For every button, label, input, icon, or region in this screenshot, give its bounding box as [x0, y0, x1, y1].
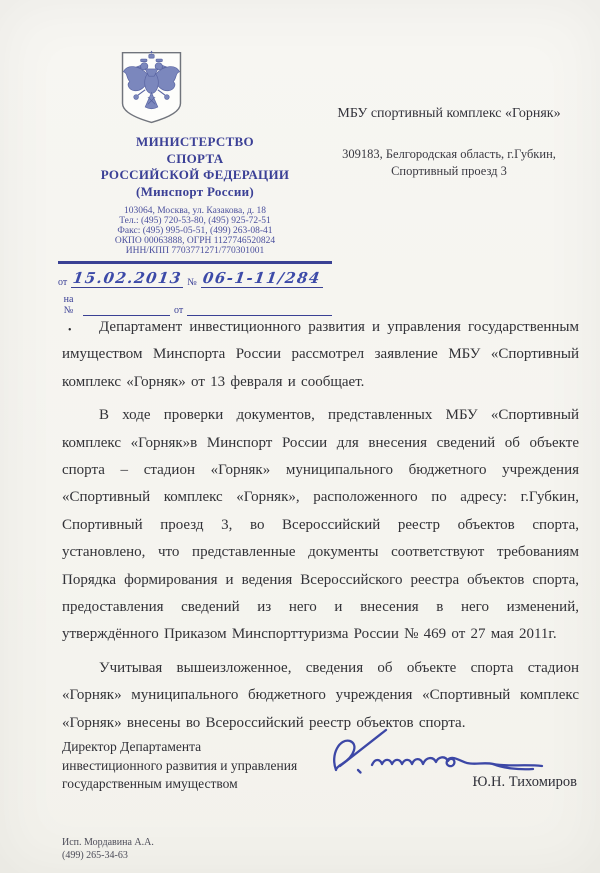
- number-field: 06-1-11/284: [201, 269, 323, 288]
- outgoing-date-row: от 15.02.2013 № 06-1-11/284: [58, 269, 332, 288]
- executor-footer: Исп. Мордавина А.А. (499) 265-34-63: [62, 836, 154, 862]
- contact-address: 103064, Москва, ул. Казакова, д. 18: [58, 206, 332, 216]
- recipient-block: МБУ спортивный комплекс «Горняк» 309183,…: [303, 106, 595, 180]
- contact-phone: Тел.: (495) 720-53-80, (495) 925-72-51: [58, 216, 332, 226]
- recipient-address-line-2: Спортивный проезд 3: [303, 163, 595, 180]
- ministry-line-2: СПОРТА: [58, 151, 332, 168]
- ministry-line-1: МИНИСТЕРСТВО: [58, 134, 332, 151]
- reference-row: на № от: [58, 294, 332, 316]
- letterhead: МИНИСТЕРСТВО СПОРТА РОССИЙСКОЙ ФЕДЕРАЦИИ…: [58, 46, 332, 336]
- body-paragraph-2: В ходе проверки документов, представленн…: [62, 402, 579, 649]
- recipient-address: 309183, Белгородская область, г.Губкин, …: [303, 146, 595, 180]
- contact-okpo-ogrn: ОКПО 00063888, ОГРН 1127746520824: [58, 236, 332, 246]
- signature-block: Директор Департамента инвестиционного ра…: [62, 738, 579, 818]
- russian-coat-of-arms-icon: [118, 46, 185, 130]
- ref-no-label: на №: [58, 294, 79, 316]
- scanned-letter-page: МИНИСТЕРСТВО СПОРТА РОССИЙСКОЙ ФЕДЕРАЦИИ…: [0, 0, 600, 873]
- handwritten-number: 06-1-11/284: [202, 269, 322, 287]
- letter-body: Департамент инвестиционного развития и у…: [62, 314, 579, 743]
- ministry-line-3: РОССИЙСКОЙ ФЕДЕРАЦИИ: [58, 167, 332, 184]
- contact-fax: Факс: (495) 995-05-51, (499) 263-08-41: [58, 226, 332, 236]
- date-field: 15.02.2013: [71, 269, 183, 288]
- letterhead-divider: [58, 261, 332, 264]
- date-label: от: [58, 277, 67, 288]
- ministry-contacts: 103064, Москва, ул. Казакова, д. 18 Тел.…: [58, 206, 332, 256]
- contact-inn-kpp: ИНН/КПП 7703771271/770301001: [58, 246, 332, 256]
- ministry-line-4: (Минспорт России): [58, 184, 332, 201]
- ministry-name: МИНИСТЕРСТВО СПОРТА РОССИЙСКОЙ ФЕДЕРАЦИИ…: [58, 134, 332, 200]
- recipient-name: МБУ спортивный комплекс «Горняк»: [303, 106, 595, 122]
- recipient-address-line-1: 309183, Белгородская область, г.Губкин,: [303, 146, 595, 163]
- executor-phone: (499) 265-34-63: [62, 849, 154, 862]
- executor-name: Исп. Мордавина А.А.: [62, 836, 154, 849]
- signer-name: Ю.Н. Тихомиров: [473, 774, 577, 791]
- body-paragraph-1: Департамент инвестиционного развития и у…: [62, 314, 579, 396]
- handwritten-date: 15.02.2013: [72, 269, 183, 287]
- number-label: №: [187, 277, 197, 288]
